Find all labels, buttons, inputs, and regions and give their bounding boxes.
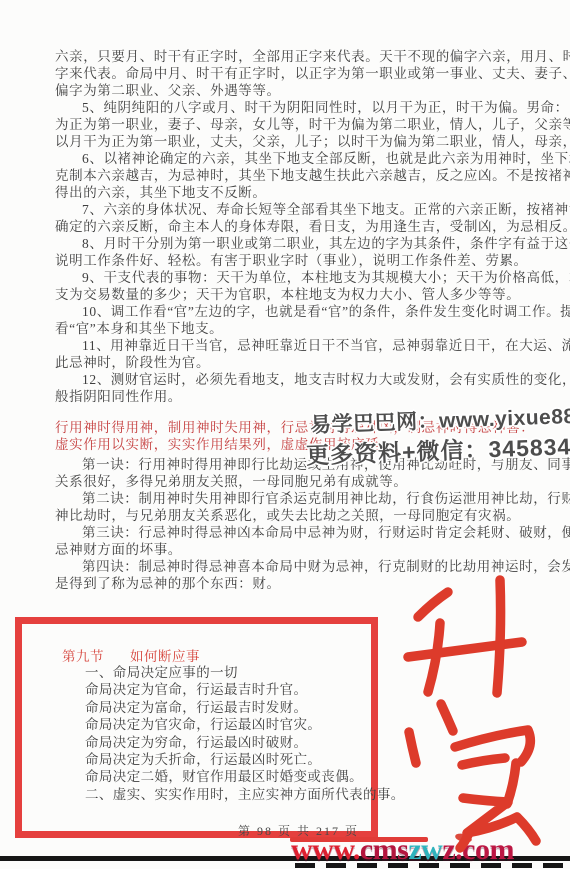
text-line: 般指阴阳同性作用。 — [55, 388, 523, 405]
handwritten-annotation-shengguan — [395, 565, 570, 865]
text-line: 9、干支代表的事物：天干为单位，本柱地支为其规模大小；天干为价格高低，本柱地 — [55, 269, 523, 286]
section-item: 命局决定为穷命，行运最凶时破财。 — [85, 734, 405, 751]
text-line: 第三诀：行忌神时得忌神凶本命局中忌神为财，行财运时肯定会耗财、破财，便是有了 — [55, 524, 523, 541]
text-line: 5、纯阴纯阳的八字或月、时干为阴阳同性时，以月干为正，时干为偏。男命：以月干 — [55, 99, 523, 116]
text-line: 为正为第一职业，妻子、母亲，女儿等，时干为偏为第二职业，情人，儿子，父亲等；女命… — [55, 116, 523, 133]
section-item: 命局决定为官命，行运最吉时升官。 — [85, 681, 405, 698]
text-line: 神比劫时，与兄弟朋友关系恶化，或失去比劫之关照，一母同胞定有灾祸。 — [55, 507, 523, 524]
text-line: 8、月时干分别为第一职业或第二职业，其左边的字为其条件，条件字有益于这个字时， — [55, 235, 523, 252]
text-line: 7、六亲的身体状况、寿命长短等全部看其坐下地支。正常的六亲正断，按褚神论原则 — [55, 201, 523, 218]
text-line: 10、调工作看“官”左边的字，也就是看“官”的条件，条件发生变化时调工作。提职 — [55, 303, 523, 320]
text-line: 此忌神时，阶段性为官。 — [55, 354, 523, 371]
text-line: 12、测财官运时，必须先看地支，地支吉时权力大或发财，会有实质性的变化，此处一 — [55, 371, 523, 388]
text-line: 看“官”本身和其坐下地支。 — [55, 320, 523, 337]
paragraph-block-six-relatives: 六亲，只要月、时干有正字时，全部用正字来代表。天干不现的偏字六亲，用月、时干的偏… — [55, 48, 523, 405]
text-line: 6、以褚神论确定的六亲，其坐下地支全部反断，也就是此六亲为用神时，坐下地支越 — [55, 150, 523, 167]
text-line: 第二诀：制用神时失用神即行官杀运克制用神比劫，行食伤运泄用神比劫，行财运耗用 — [55, 490, 523, 507]
section-item: 二、虚实、实实作用时，主应实神方面所代表的事。 — [85, 786, 405, 803]
section-item: 命局决定为官灾命，行运最凶时官灾。 — [85, 716, 405, 733]
text-line: 克制本六亲越吉，为忌神时，其坐下地支越生扶此六亲越吉，反之应凶。不是按褚神论原则 — [55, 167, 523, 184]
section-item: 命局决定为夭折命，行运最凶时死亡。 — [85, 751, 405, 768]
text-line: 关系很好，多得兄弟朋友关照，一母同胞兄弟有成就等。 — [55, 473, 523, 490]
text-line: 支为交易数量的多少；天干为官职，本柱地支为权力大小、管人多少等等。 — [55, 286, 523, 303]
text-line: 确定的六亲反断，命主本人的身体寿限，看日支，为用逢生吉，受制凶，为忌相反。 — [55, 218, 523, 235]
section-item: 命局决定为富命，行运最吉时发财。 — [85, 699, 405, 716]
scanned-document-page: 六亲，只要月、时干有正字时，全部用正字来代表。天干不现的偏字六亲，用月、时干的偏… — [0, 0, 570, 869]
section-heading: 第九节如何断应事 — [62, 645, 200, 665]
text-line: 说明工作条件好、轻松。有害于职业字时（事业），说明工作条件差、劳累。 — [55, 252, 523, 269]
section-item: 一、命局决定应事的一切 — [85, 664, 405, 681]
text-line: 六亲，只要月、时干有正字时，全部用正字来代表。天干不现的偏字六亲，用月、时干的偏 — [55, 48, 523, 65]
url-segment: www. — [291, 833, 360, 866]
section-title: 如何断应事 — [130, 649, 200, 664]
text-line: 忌神财方面的坏事。 — [55, 541, 523, 558]
text-line: 偏字为第二职业、父亲、外遇等等。 — [55, 82, 523, 99]
text-line: 以月干为正为第一职业，丈夫，父亲，儿子；以时干为偏为第二职业，情人，母亲，女儿等 — [55, 133, 523, 150]
text-line: 11、用神靠近日干当官，忌神旺靠近日干不当官，忌神弱靠近日干，在大运、流年制住 — [55, 337, 523, 354]
section-number: 第九节 — [62, 649, 104, 664]
section-item: 命局决定二婚，财官作用最区时婚变或丧偶。 — [85, 768, 405, 785]
section-item-list: 一、命局决定应事的一切 命局决定为官命，行运最吉时升官。 命局决定为富命，行运最… — [85, 664, 405, 803]
text-line: 得出的六亲，其坐下地支不反断。 — [55, 184, 523, 201]
red-highlight-box: 第九节如何断应事 一、命局决定应事的一切 命局决定为官命，行运最吉时升官。 命局… — [15, 617, 378, 838]
text-line: 字来代表。命局中月、时干有正字时，以正字为第一职业或第一事业、丈夫、妻子、母亲等… — [55, 65, 523, 82]
